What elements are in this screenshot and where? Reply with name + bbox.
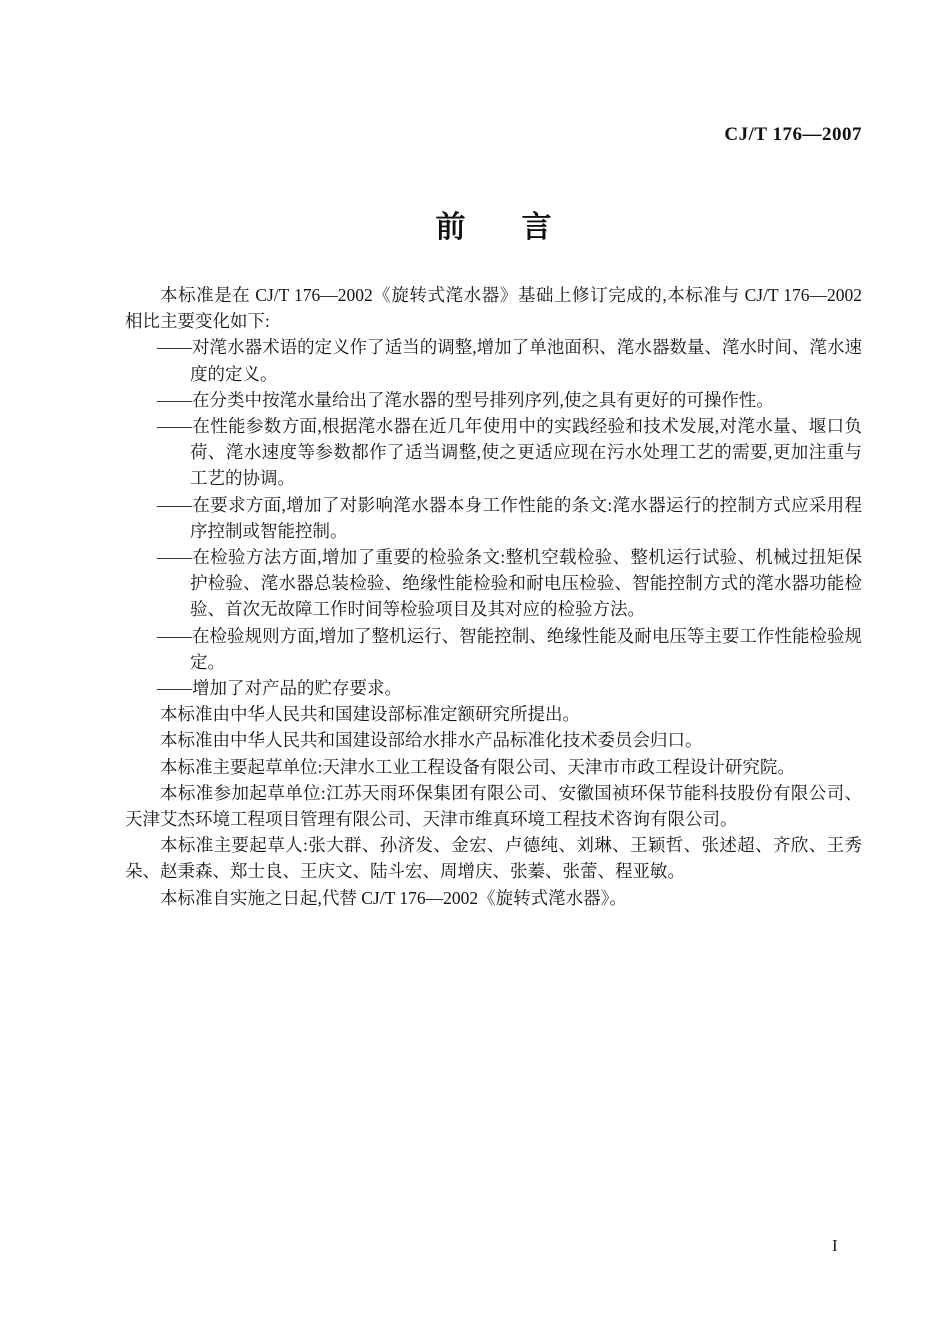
document-page: CJ/T 176—2007 前言 本标准是在 CJ/T 176—2002《旋转式…	[0, 0, 950, 1334]
main-drafters-paragraph: 本标准主要起草人:张大群、孙济发、金宏、卢德纯、刘琳、王颖哲、张述超、齐欣、王秀…	[125, 832, 862, 884]
participating-units-paragraph: 本标准参加起草单位:江苏天雨环保集团有限公司、安徽国祯环保节能科技股份有限公司、…	[125, 780, 862, 832]
standard-code-header: CJ/T 176—2007	[125, 124, 862, 146]
page-title: 前言	[125, 202, 862, 246]
change-item: ——在检验方法方面,增加了重要的检验条文:整机空载检验、整机运行试验、机械过扭矩…	[125, 544, 862, 623]
change-item: ——在分类中按滗水量给出了滗水器的型号排列序列,使之具有更好的可操作性。	[125, 387, 862, 413]
change-item: ——在检验规则方面,增加了整机运行、智能控制、绝缘性能及耐电压等主要工作性能检验…	[125, 623, 862, 675]
foreword-intro-paragraph: 本标准是在 CJ/T 176—2002《旋转式滗水器》基础上修订完成的,本标准与…	[125, 282, 862, 334]
change-item: ——对滗水器术语的定义作了适当的调整,增加了单池面积、滗水器数量、滗水时间、滗水…	[125, 334, 862, 386]
foreword-body: 本标准是在 CJ/T 176—2002《旋转式滗水器》基础上修订完成的,本标准与…	[125, 282, 862, 911]
change-item: ——在性能参数方面,根据滗水器在近几年使用中的实践经验和技术发展,对滗水量、堰口…	[125, 413, 862, 492]
change-item: ——增加了对产品的贮存要求。	[125, 675, 862, 701]
centralized-body-paragraph: 本标准由中华人民共和国建设部给水排水产品标准化技术委员会归口。	[125, 727, 862, 753]
page-title-char-qian: 前	[436, 211, 466, 244]
page-title-char-yan: 言	[522, 211, 552, 244]
change-item: ——在要求方面,增加了对影响滗水器本身工作性能的条文:滗水器运行的控制方式应采用…	[125, 492, 862, 544]
page-number: I	[832, 1236, 838, 1256]
replacement-notice-paragraph: 本标准自实施之日起,代替 CJ/T 176—2002《旋转式滗水器》。	[125, 885, 862, 911]
main-drafting-units-paragraph: 本标准主要起草单位:天津水工业工程设备有限公司、天津市市政工程设计研究院。	[125, 754, 862, 780]
issuer-paragraph: 本标准由中华人民共和国建设部标准定额研究所提出。	[125, 701, 862, 727]
